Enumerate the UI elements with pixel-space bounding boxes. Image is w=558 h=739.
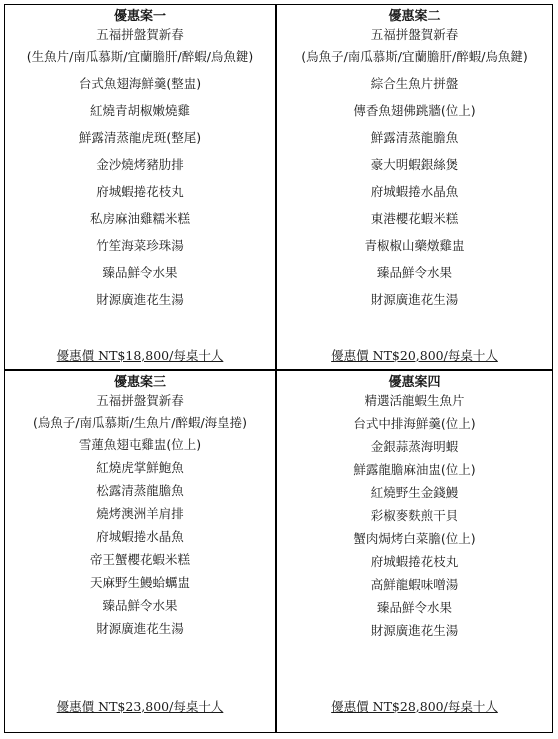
menu-item: 財源廣進花生湯 (277, 623, 552, 639)
menu-item: 台式魚翅海鮮羹(整盅) (5, 76, 275, 92)
menu-item: 府城蝦捲花枝丸 (5, 184, 275, 200)
menu-item: 鮮露龍膽麻油盅(位上) (277, 462, 552, 478)
menu-item: 府城蝦捲水晶魚 (5, 529, 275, 545)
menu-item: 台式中排海鮮羹(位上) (277, 416, 552, 432)
menu-item: 傳香魚翅佛跳牆(位上) (277, 103, 552, 119)
plan-cell-3: 優惠案三 五福拼盤賀新春 (烏魚子/南瓜慕斯/生魚片/醉蝦/海皇捲) 雪蓮魚翅屯… (5, 371, 275, 732)
menu-item: 紅燒青胡椒嫩燒雞 (5, 103, 275, 119)
menu-item: 紅燒野生金錢鰻 (277, 485, 552, 501)
menu-item: 財源廣進花生湯 (5, 621, 275, 637)
menu-item: 青椒椒山藥燉雞盅 (277, 238, 552, 254)
menu-item-note: (烏魚子/南瓜慕斯/宜蘭膽肝/醉蝦/烏魚鍵) (277, 49, 552, 65)
menu-item: 鮮露清蒸龍膽魚 (277, 130, 552, 146)
plan-title: 優惠案三 (5, 375, 275, 391)
menu-item: 豪大明蝦銀絲煲 (277, 157, 552, 173)
plan-title: 優惠案二 (277, 9, 552, 25)
plan-cell-1: 優惠案一 五福拼盤賀新春 (生魚片/南瓜慕斯/宜蘭膽肝/醉蝦/烏魚鍵) 台式魚翅… (5, 5, 275, 369)
plan-price: 優惠價 NT$28,800/每桌十人 (277, 699, 552, 715)
plan-items: 精選活龍蝦生魚片 台式中排海鮮羹(位上) 金銀蒜蒸海明蝦 鮮露龍膽麻油盅(位上)… (277, 393, 552, 639)
menu-item: 蟹肉焗烤白菜膽(位上) (277, 531, 552, 547)
menu-item: 五福拼盤賀新春 (5, 27, 275, 43)
menu-item: 府城蝦捲水晶魚 (277, 184, 552, 200)
plan-cell-2: 優惠案二 五福拼盤賀新春 (烏魚子/南瓜慕斯/宜蘭膽肝/醉蝦/烏魚鍵) 綜合生魚… (277, 5, 552, 369)
menu-item: 金銀蒜蒸海明蝦 (277, 439, 552, 455)
menu-item: 天麻野生鰻蛤蠣盅 (5, 575, 275, 591)
menu-item: 彩椒麥麩煎干貝 (277, 508, 552, 524)
menu-item-note: (烏魚子/南瓜慕斯/生魚片/醉蝦/海皇捲) (5, 415, 275, 431)
plan-title: 優惠案一 (5, 9, 275, 25)
menu-item: 臻品鮮令水果 (5, 598, 275, 614)
menu-item: 松露清蒸龍膽魚 (5, 483, 275, 499)
plan-items: 五福拼盤賀新春 (烏魚子/南瓜慕斯/宜蘭膽肝/醉蝦/烏魚鍵) 綜合生魚片拼盤 傳… (277, 27, 552, 308)
plan-items: 五福拼盤賀新春 (烏魚子/南瓜慕斯/生魚片/醉蝦/海皇捲) 雪蓮魚翅屯雞盅(位上… (5, 393, 275, 637)
plan-price: 優惠價 NT$23,800/每桌十人 (5, 699, 275, 715)
plan-price: 優惠價 NT$18,800/每桌十人 (5, 348, 275, 364)
menu-item: 高鮮龍蝦味噌湯 (277, 577, 552, 593)
menu-item: 金沙燒烤豬肋排 (5, 157, 275, 173)
plan-cell-4: 優惠案四 精選活龍蝦生魚片 台式中排海鮮羹(位上) 金銀蒜蒸海明蝦 鮮露龍膽麻油… (277, 371, 552, 732)
menu-item-note: (生魚片/南瓜慕斯/宜蘭膽肝/醉蝦/烏魚鍵) (5, 49, 275, 65)
menu-item: 紅燒虎掌鮮鮑魚 (5, 460, 275, 476)
menu-item: 燒烤澳洲羊肩排 (5, 506, 275, 522)
menu-item: 財源廣進花生湯 (277, 292, 552, 308)
menu-item: 帝王蟹櫻花蝦米糕 (5, 552, 275, 568)
menu-item: 臻品鮮令水果 (5, 265, 275, 281)
menu-item: 財源廣進花生湯 (5, 292, 275, 308)
menu-item: 鮮露清蒸龍虎斑(整尾) (5, 130, 275, 146)
menu-item: 東港櫻花蝦米糕 (277, 211, 552, 227)
menu-item: 臻品鮮令水果 (277, 600, 552, 616)
menu-item: 綜合生魚片拼盤 (277, 76, 552, 92)
plan-price: 優惠價 NT$20,800/每桌十人 (277, 348, 552, 364)
menu-item: 五福拼盤賀新春 (5, 393, 275, 409)
plan-items: 五福拼盤賀新春 (生魚片/南瓜慕斯/宜蘭膽肝/醉蝦/烏魚鍵) 台式魚翅海鮮羹(整… (5, 27, 275, 308)
menu-item: 竹笙海菜珍珠湯 (5, 238, 275, 254)
menu-item: 五福拼盤賀新春 (277, 27, 552, 43)
menu-item: 府城蝦捲花枝丸 (277, 554, 552, 570)
menu-item: 臻品鮮令水果 (277, 265, 552, 281)
menu-plans-table: 優惠案一 五福拼盤賀新春 (生魚片/南瓜慕斯/宜蘭膽肝/醉蝦/烏魚鍵) 台式魚翅… (4, 4, 553, 733)
menu-item: 雪蓮魚翅屯雞盅(位上) (5, 437, 275, 453)
menu-item: 私房麻油雞糯米糕 (5, 211, 275, 227)
menu-item: 精選活龍蝦生魚片 (277, 393, 552, 409)
plan-title: 優惠案四 (277, 375, 552, 391)
